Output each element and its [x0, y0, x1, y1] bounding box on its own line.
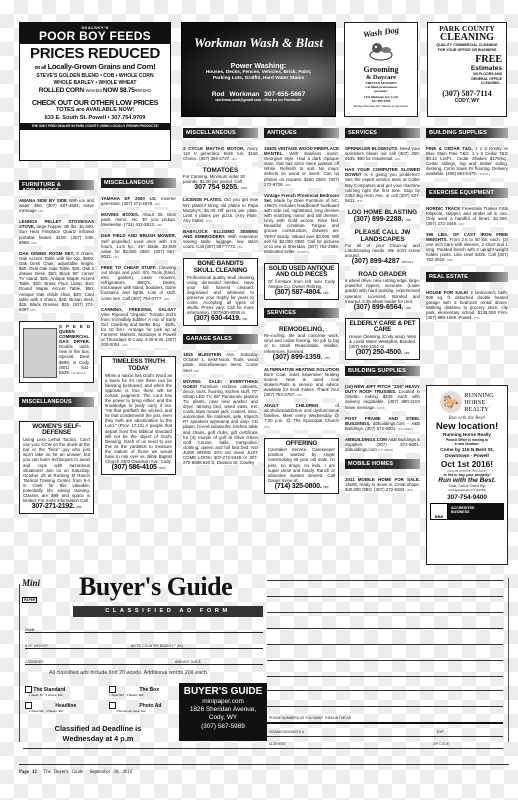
classified-item: OAK DINING ROOM SET, 8 chairs, Oak Accen… — [19, 251, 94, 313]
ad-text-line[interactable] — [267, 596, 503, 597]
section-header-services: SERVICES — [345, 128, 420, 138]
classified-item: 1815 BLEISTEIN Ave. Saturday October 1. … — [183, 352, 258, 373]
form-frame-right — [508, 578, 509, 742]
classified-item: HOUSE FOR SALE! 2 bedroom/1 bath, 900 sq… — [426, 290, 508, 322]
column-5: SERVICES SPRINKLER BLOWOUTS. Need your s… — [345, 128, 420, 498]
column-6: BUILDING SUPPLIES PINE & CEDAR T&G, 1 x … — [426, 128, 508, 326]
page-number: Page 12 — [19, 770, 37, 775]
ad-text-line[interactable] — [267, 676, 503, 677]
classified-item: ABBUILDINGS.COM A&B Buildings & Supplies… — [345, 437, 420, 453]
category-field[interactable]: CATEGORYAMOUNT DUE $ — [25, 656, 263, 665]
ad-text-line[interactable] — [267, 706, 503, 707]
running-horse-realty-ad: 🐎 RUNNINGHORSEREALTY Run with the Best! … — [426, 385, 508, 565]
classified-item: BABYLOCK ELLISIMO SEWING AND EMBROIDERY.… — [183, 229, 258, 250]
ad-business-name: Workman Wash & Blast — [182, 35, 335, 51]
classified-item: POST FRAME AND STEEL BUILDINGS, abbuildi… — [345, 416, 420, 432]
bbb-logo-icon: BBB — [430, 503, 448, 520]
section-header-garage-sales: GARAGE SALES — [183, 334, 258, 344]
zip-code-field[interactable]: ZIP CODE — [433, 742, 449, 746]
headline-checkbox[interactable] — [25, 702, 32, 709]
classified-item: 1930S VINTAGE WOOD FIREPLACE MANTEL. Wit… — [264, 146, 339, 188]
section-header-miscellaneous: MISCELLANEOUS — [19, 397, 94, 407]
jw-landscapes-ad: PLEASE CALL JW LANDSCAPES For all of you… — [345, 229, 420, 266]
classified-item: LICENSE PLATES. Did you get new WY plate… — [183, 197, 258, 223]
park-county-cleaning-ad: PARK COUNTY CLEANING QUALITY COMMERCIAL … — [427, 22, 507, 117]
publication-date: September 30, 2016 — [90, 770, 133, 775]
classified-item: HAS YOUR COMPUTER SLOWED DOWN? Is it giv… — [345, 167, 420, 204]
mini-paper-logo: Mini PAPER — [22, 579, 58, 599]
classified-item: LENNOX PELLET STOVE/GAS STOVE, large hop… — [19, 219, 94, 245]
wash-dog-ad: Wash Dog Grooming & Daycare TRISTEN MOOR… — [344, 22, 418, 117]
remodeling-ad: REMODELING, Re-roofing, tile and concret… — [264, 326, 339, 361]
horse-icon: 🐎 — [440, 391, 462, 413]
classified-item: SPRINKLER BLOWOUTS. Need your sprinklers… — [345, 146, 420, 162]
ad-header: SKALSKY'S POOR BOY FEEDS — [20, 23, 170, 44]
country-bounty-field[interactable]: AD TO COUNTRY BOUNTY? ($6) — [131, 640, 183, 652]
option-photo-ad[interactable]: Photo Ad Flat rate per week, $19 — [109, 702, 161, 713]
ad-address: 633 E. South St. Powell • 307.754.9709 — [20, 114, 170, 123]
bone-bandits-ad: BONE BANDITS SKULL CLEANING Professional… — [183, 258, 258, 326]
deadline-text: Classified ad Deadline is Wednesday at 4… — [23, 724, 173, 744]
offering-ad: OFFERING Caretaker Service. Carekeeper p… — [264, 438, 339, 494]
classified-item: CANNING, FREEZING, SALSA? Vine Ripened '… — [101, 307, 176, 349]
ad-business-name: POOR BOY FEEDS — [20, 30, 170, 42]
section-header-miscellaneous: MISCELLANEOUS — [183, 128, 258, 138]
column-3: MISCELLANEOUS 2 CYCLE MAYTAG MOTOR, Avor… — [183, 128, 258, 470]
section-header-building-supplies: BUILDING SUPPLIES — [345, 366, 420, 376]
classified-item: 390 LBS. OF CAST IRON FREE WEIGHTS. From… — [426, 232, 508, 264]
column-2: MISCELLANEOUS YAMAHA EF 2000 I.S. Invert… — [101, 178, 176, 481]
section-header-mobile-homes: MOBILE HOMES — [345, 459, 420, 469]
option-headline[interactable]: Headline 1 Week $11 3 Weeks, $18 — [25, 702, 76, 713]
section-header-furniture: FURNITURE & APPLIANCES — [19, 180, 94, 190]
ad-text-line[interactable] — [267, 660, 503, 661]
classified-item: FREE TO CHEAP STUFF. Cleaning out shops … — [101, 265, 176, 302]
section-header-antiques: ANTIQUES — [264, 128, 339, 138]
name-field[interactable]: NAME — [25, 624, 263, 633]
realty-logo: 🐎 RUNNINGHORSEREALTY — [427, 391, 507, 413]
footer-rule — [19, 764, 509, 765]
section-header-real-estate: REAL ESTATE — [426, 272, 508, 282]
section-header-services: SERVICES — [264, 308, 339, 318]
option-box[interactable]: The Box 1 Week $13 3 Weeks, $26 — [109, 686, 159, 697]
classified-item: PINE & CEDAR T&G, 1 x 6 Knotty or Blue S… — [426, 146, 508, 178]
classified-item: ALTERNATIVE HEATING SOLUTION Burn Coal, … — [264, 367, 339, 399]
road-grader-ad: ROAD GRADER 6 wheel drive, new cutting e… — [345, 271, 420, 311]
section-header-exercise-equipment: EXERCISE EQUIPMENT — [426, 188, 508, 198]
publication-name: The Buyer's Guide — [43, 770, 83, 775]
exp-field[interactable]: EXP — [437, 730, 444, 734]
antique-pieces-ad: SOLID USED ANTIQUE AND OLD PIECES Of fur… — [264, 263, 339, 300]
classified-ad-form: Mini PAPER Buyer's Guide CLASSIFIED AD F… — [19, 578, 509, 752]
classified-item: MOVING SALE! EVERYTHING GOES! Furniture,… — [183, 379, 258, 466]
form-banner: CLASSIFIED AD FORM — [73, 606, 263, 617]
classified-item: 2 CYCLE MAYTAG MOTOR, Avory 110 V genera… — [183, 146, 258, 162]
ad-text-line[interactable] — [267, 612, 503, 613]
photo-ad-checkbox[interactable] — [109, 702, 116, 709]
form-title: Buyer's Guide — [79, 572, 232, 602]
dog-in-tub-icon — [366, 39, 396, 61]
buyers-guide-contact: BUYER'S GUIDE minipaper.com 1826 Sherida… — [179, 683, 267, 741]
tomatoes-ad: TOMATOES For Canning. Minimum order 20 p… — [183, 167, 258, 192]
ad-text-line[interactable] — [267, 644, 503, 645]
card-number-field[interactable]: VISA/MC/DIS/AM EX # — [269, 730, 304, 734]
section-header-building-supplies: BUILDING SUPPLIES — [426, 128, 508, 138]
address-line — [23, 748, 503, 749]
classified-item: D&R FIELD AND BRUSH MOWER. Self propelle… — [101, 233, 176, 259]
poor-boy-feeds-ad: SKALSKY'S POOR BOY FEEDS PRICES REDUCED … — [19, 22, 171, 161]
ad-text-line[interactable] — [267, 580, 503, 581]
phone-numbers-field[interactable] — [267, 722, 503, 724]
classified-item: 2011 MOBILE HOME FOR SALE. 16x80, ready … — [345, 477, 420, 493]
section-header-miscellaneous: MISCELLANEOUS — [101, 178, 176, 188]
elderly-care-ad: ELDERLY CARE & PET CARE House Cleaning (… — [345, 318, 420, 360]
log-home-blasting-ad: LOG HOME BLASTING (307) 899-2288. (4D) — [345, 209, 420, 224]
ad-text-line[interactable] — [267, 628, 503, 629]
classified-item: Vintage French Provincial Bedroom Set. M… — [264, 193, 339, 255]
classified-item: (10) NEW 40FT PITCH "2X6" HEAVY DUTY ROO… — [345, 384, 420, 410]
classified-item: MOVING BOXES. About 30. Dish pack, mirro… — [101, 212, 176, 228]
classified-item: YAMAHA EF 2000 I.S. Inverter generator. … — [101, 196, 176, 207]
classified-item: AMANA SIDE BY SIDE With ice and water, $… — [19, 198, 94, 214]
ad-text-line[interactable] — [267, 690, 503, 691]
classified-item: ADULT CHILDREN of alcoholics/addiction a… — [264, 403, 339, 429]
page-footer: Page 12 The Buyer's Guide September 30, … — [19, 770, 132, 775]
amount-due-field[interactable]: AMOUNT DUE $ — [175, 656, 201, 668]
weeks-field[interactable]: # OF WEEKS?AD TO COUNTRY BOUNTY? ($6) — [25, 640, 263, 649]
card-line — [267, 736, 503, 737]
phone-numbers-label: PHONE NUMBERS AS YOU WANT THEM IN THE AD — [269, 716, 351, 720]
column-4: ANTIQUES 1930S VINTAGE WOOD FIREPLACE MA… — [264, 128, 339, 500]
workman-wash-ad: Workman Wash & Blast Power Washing: Hous… — [181, 22, 336, 117]
dryer-ad: S P E E D QUEEN COMMERCIAL GAS DRYER. Do… — [19, 321, 94, 383]
box-checkbox[interactable] — [109, 686, 116, 693]
dryer-photo — [23, 328, 57, 378]
womens-self-defense-ad: WOMEN'S SELF-DEFENSE Using Less Lethal T… — [19, 421, 94, 514]
address-field[interactable]: ADDRESS — [269, 742, 285, 746]
classified-item: NORDIC TRACK Freestride Trainer FS5i Ell… — [426, 206, 508, 227]
option-standard[interactable]: The Standard 1 Week, $7 3 Weeks, $14 — [25, 686, 65, 697]
pricing-note: All classified ads include first 20 word… — [49, 670, 208, 676]
ad-headline: PRICES REDUCED — [20, 45, 170, 62]
bbb-accredited-badge: BBB ACCREDITEDBUSINESS — [430, 503, 504, 520]
standard-checkbox[interactable] — [25, 686, 32, 693]
column-1: FURNITURE & APPLIANCES AMANA SIDE BY SID… — [19, 180, 94, 520]
timeless-truth-ad: TIMELESS TRUTH TODAY When a nation has G… — [101, 356, 176, 475]
